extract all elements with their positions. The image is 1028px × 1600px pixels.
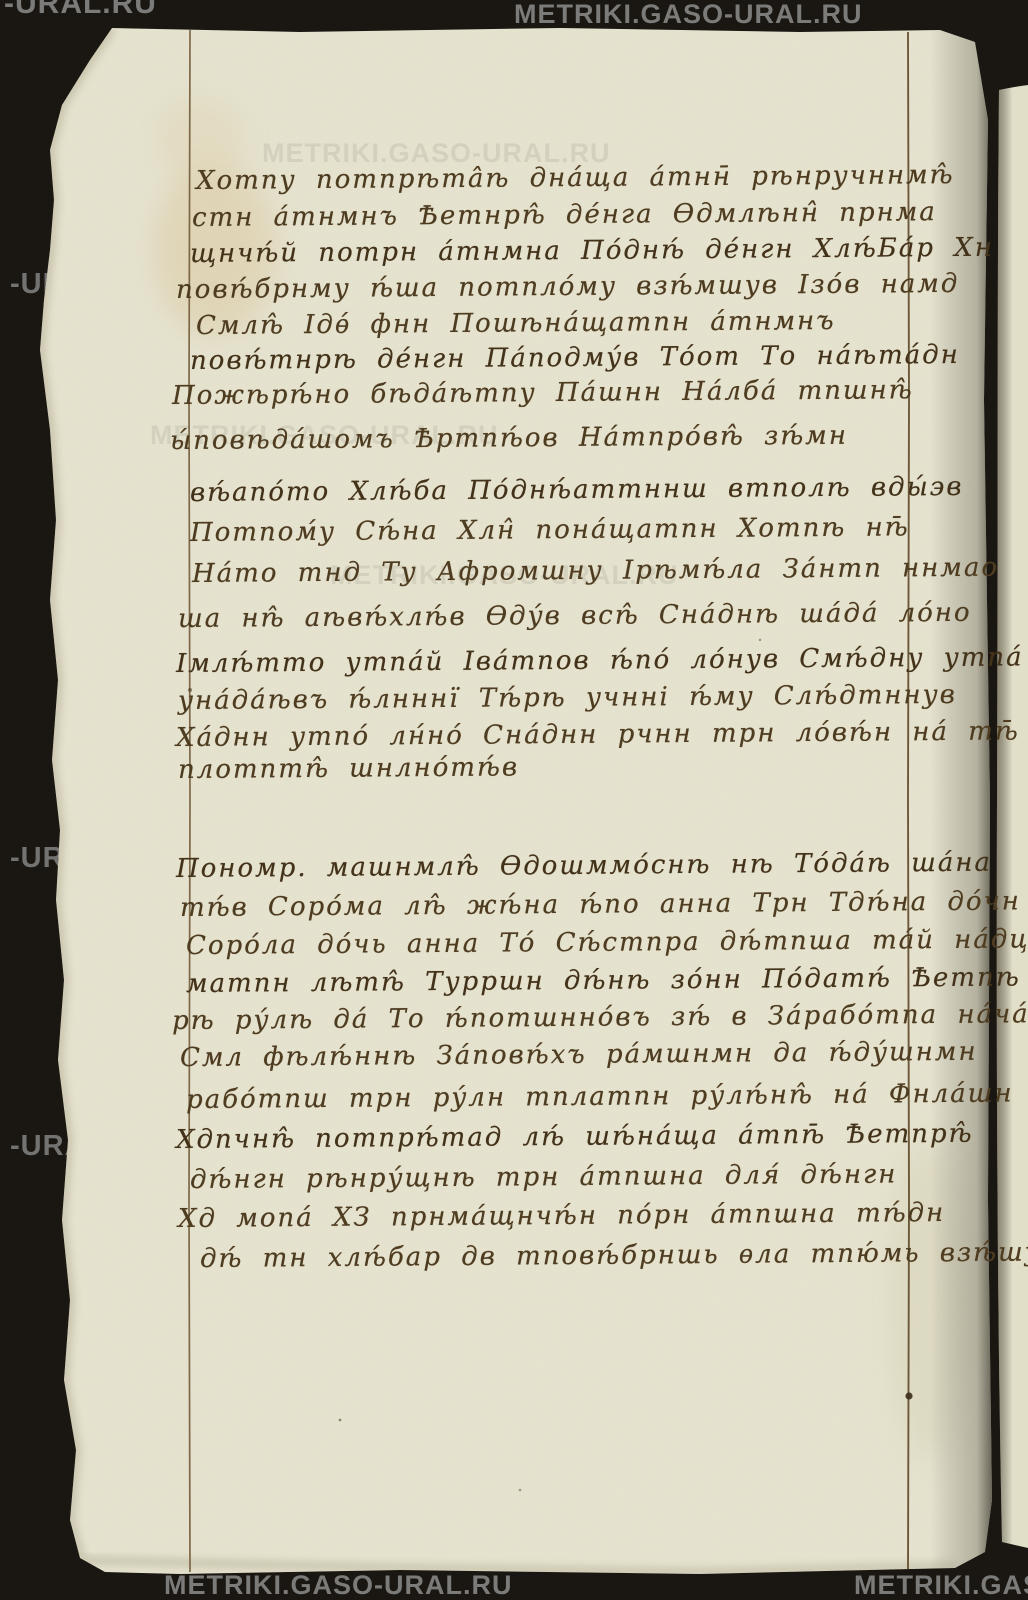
margin-rule-left <box>189 30 190 1572</box>
paper-stain <box>155 100 245 180</box>
paper-speck <box>519 1489 522 1492</box>
next-page-edge-shadow <box>997 85 1028 1548</box>
archival-scan-page: -URAL.RU METRIKI.GASO-URAL.RU -URAL.RU -… <box>0 0 1028 1600</box>
paper-stain <box>155 165 275 335</box>
ink-dot <box>905 1392 912 1399</box>
right-crease-shadow <box>930 20 992 1580</box>
paper-texture <box>0 0 1028 1600</box>
paper-speck <box>759 639 761 641</box>
paper-speck <box>339 1419 342 1422</box>
scan-background <box>0 0 1028 1600</box>
ink-dot <box>188 688 192 692</box>
margin-rule-right <box>908 32 909 1572</box>
